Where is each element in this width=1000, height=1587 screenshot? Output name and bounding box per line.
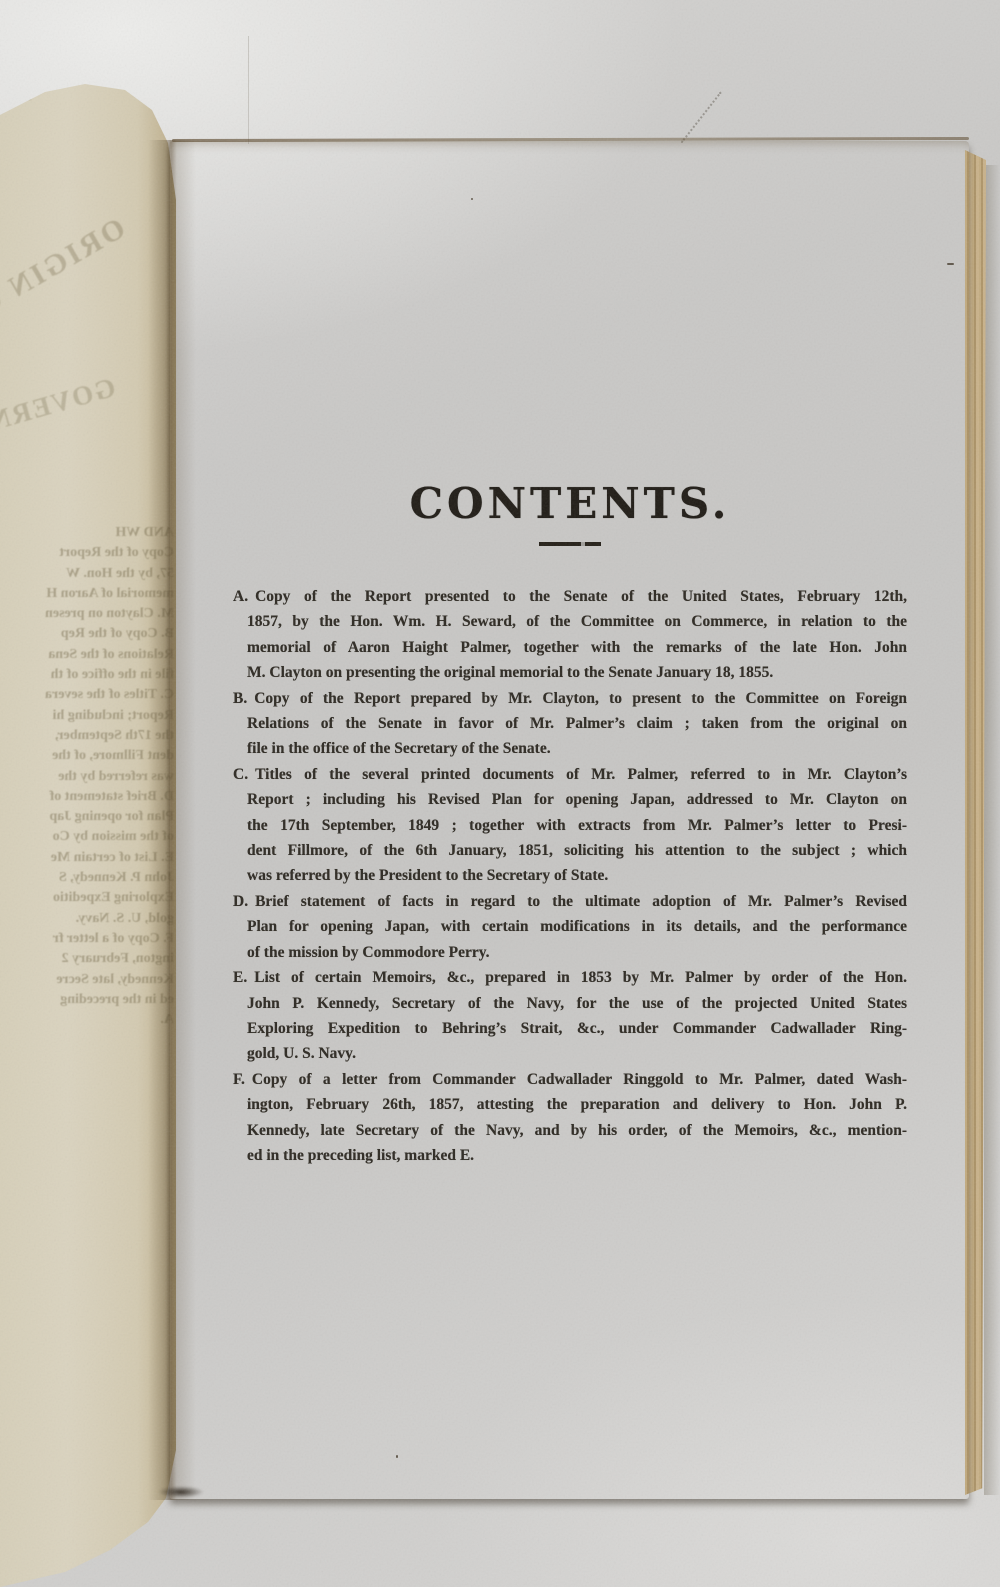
contents-line: file in the office of the Secretary of t… xyxy=(247,736,907,761)
contents-line: the 17th September, 1849 ; together with… xyxy=(247,813,907,838)
surface-stitch-crease xyxy=(681,92,724,145)
item-letter: A. xyxy=(233,588,248,605)
item-letter: C. xyxy=(233,766,248,783)
contents-line: ed in the preceding list, marked E. xyxy=(247,1143,907,1168)
contents-line: A.Copy of the Report presented to the Se… xyxy=(233,584,907,609)
contents-item: D.Brief statement of facts in regard to … xyxy=(233,889,907,965)
page-title: CONTENTS. xyxy=(233,480,907,528)
printed-text-column: CONTENTS. A.Copy of the Report presented… xyxy=(233,480,907,1168)
bleedthrough-line: B. Copy of the Rep xyxy=(0,624,174,644)
item-letter: D. xyxy=(233,893,248,910)
bleedthrough-line: E. List of certain Me xyxy=(0,848,174,868)
bleedthrough-line: Plan for opening Jap xyxy=(0,807,174,827)
contents-line: 1857, by the Hon. Wm. H. Seward, of the … xyxy=(247,609,907,634)
contents-page: CONTENTS. A.Copy of the Report presented… xyxy=(170,141,969,1499)
bleedthrough-line: Kennedy, late Secre xyxy=(0,970,174,990)
bleedthrough-text-block: AND WHCopy of the Report57, by the Hon. … xyxy=(0,523,174,1030)
bleedthrough-line: was referred by the xyxy=(0,767,174,787)
book-cast-shadow xyxy=(984,165,1000,1495)
bleedthrough-line: F. Copy of a letter fr xyxy=(0,929,174,949)
title-divider-rule xyxy=(539,542,601,546)
bleedthrough-line: Report; including hi xyxy=(0,706,174,726)
contents-line: B.Copy of the Report prepared by Mr. Cla… xyxy=(233,686,907,711)
contents-line: Plan for opening Japan, with certain mod… xyxy=(247,914,907,939)
bleedthrough-line: of the mission by Co xyxy=(0,827,174,847)
bleedthrough-line: Relations of the Sena xyxy=(0,645,174,665)
bleedthrough-line: M. Clayton on presen xyxy=(0,604,174,624)
paper-speck xyxy=(396,1455,398,1458)
bleedthrough-title-word: GOVERNM xyxy=(0,372,119,445)
contents-line: of the mission by Commodore Perry. xyxy=(247,940,907,965)
bleedthrough-line: file in the office of th xyxy=(0,665,174,685)
contents-item: E.List of certain Memoirs, &c., prepared… xyxy=(233,965,907,1067)
contents-line: C.Titles of the several printed document… xyxy=(233,762,907,787)
bleedthrough-line: D. Brief statement of xyxy=(0,787,174,807)
contents-line: ington, February 26th, 1857, attesting t… xyxy=(247,1092,907,1117)
contents-line: dent Fillmore, of the 6th January, 1851,… xyxy=(247,838,907,863)
bleedthrough-line: ed in the preceding xyxy=(0,990,174,1010)
gutter-bottom-shadow xyxy=(158,1486,204,1498)
contents-line: E.List of certain Memoirs, &c., prepared… xyxy=(233,965,907,990)
contents-item: A.Copy of the Report presented to the Se… xyxy=(233,584,907,686)
bleedthrough-line: Copy of the Report xyxy=(0,543,174,563)
bleedthrough-line: AND WH xyxy=(0,523,174,543)
bleedthrough-line: A. xyxy=(0,1010,174,1030)
contents-line: Report ; including his Revised Plan for … xyxy=(247,787,907,812)
paper-speck xyxy=(471,198,473,200)
contents-line: Relations of the Senate in favor of Mr. … xyxy=(247,711,907,736)
contents-line: Exploring Expedition to Behring’s Strait… xyxy=(247,1016,907,1041)
bleedthrough-line: dent Fillmore, of the xyxy=(0,746,174,766)
left-page: P ORIGIN O GOVERNM AND WHCopy of the Rep… xyxy=(0,55,176,1587)
item-letter: E. xyxy=(233,969,247,986)
bleedthrough-letter: P xyxy=(16,77,32,107)
bleedthrough-line: 57, by the Hon. W xyxy=(0,564,174,584)
contents-line: D.Brief statement of facts in regard to … xyxy=(233,889,907,914)
paper-speck xyxy=(947,263,954,265)
bleedthrough-line: C. Titles of the severa xyxy=(0,685,174,705)
contents-list: A.Copy of the Report presented to the Se… xyxy=(233,584,907,1168)
contents-item: C.Titles of the several printed document… xyxy=(233,762,907,889)
contents-line: John P. Kennedy, Secretary of the Navy, … xyxy=(247,991,907,1016)
item-letter: F. xyxy=(233,1071,245,1088)
contents-item: B.Copy of the Report prepared by Mr. Cla… xyxy=(233,686,907,762)
contents-line: was referred by the President to the Sec… xyxy=(247,863,907,888)
bleedthrough-title-word: ORIGIN O xyxy=(0,211,131,325)
bleedthrough-line: the 17th September, xyxy=(0,726,174,746)
contents-line: Kennedy, late Secretary of the Navy, and… xyxy=(247,1118,907,1143)
contents-line: memorial of Aaron Haight Palmer, togethe… xyxy=(247,635,907,660)
book-photo-scene: P ORIGIN O GOVERNM AND WHCopy of the Rep… xyxy=(0,0,1000,1587)
contents-line: M. Clayton on presenting the original me… xyxy=(247,660,907,685)
item-letter: B. xyxy=(233,690,247,707)
contents-line: F.Copy of a letter from Commander Cadwal… xyxy=(233,1067,907,1092)
bleedthrough-line: ington, February 2 xyxy=(0,949,174,969)
bleedthrough-line: gold, U. S. Navy. xyxy=(0,909,174,929)
surface-crease xyxy=(248,36,249,144)
bleedthrough-line: John P. Kennedy, S xyxy=(0,868,174,888)
contents-item: F.Copy of a letter from Commander Cadwal… xyxy=(233,1067,907,1169)
bleedthrough-line: Exploring Expeditio xyxy=(0,888,174,908)
contents-line: gold, U. S. Navy. xyxy=(247,1041,907,1066)
bleedthrough-line: memorial of Aaron H xyxy=(0,584,174,604)
